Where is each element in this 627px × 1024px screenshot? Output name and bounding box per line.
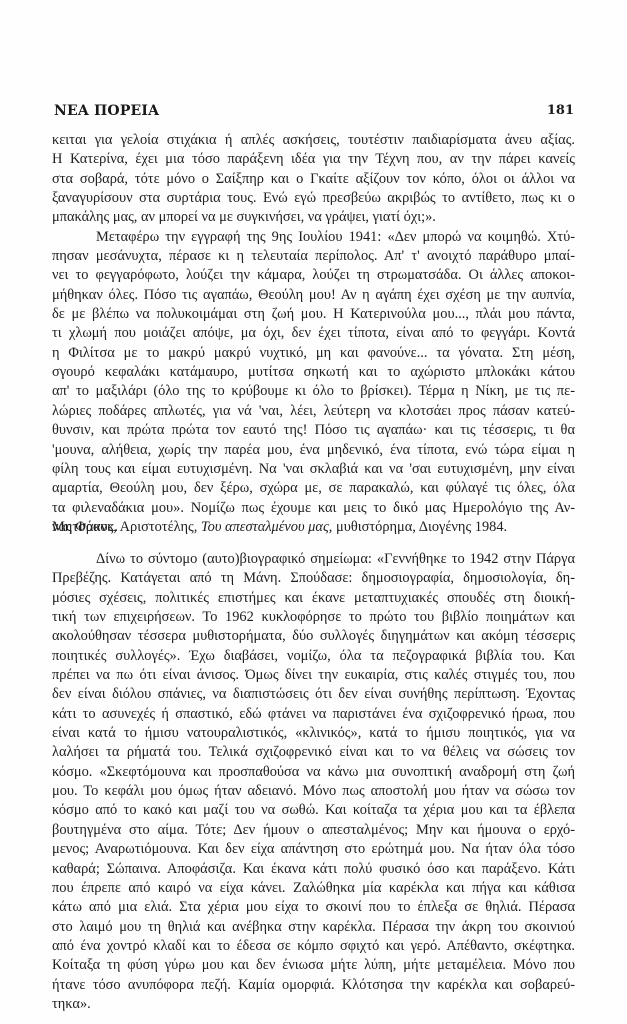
text-line: κάτι το ασυνεχές ή σπαστικό, εδώ φτάνει … (52, 705, 575, 724)
text-line: 'μουνα, αλήθεια, χωρίς την παρέα μου, έν… (52, 441, 575, 460)
text-line: βουτηγμένα στο αίμα. Τότε; Δεν ήμουν ο α… (52, 821, 575, 840)
text-line: αμαρτία, Θεούλη μου, δεν ξέρω, σχώρα με,… (52, 479, 575, 498)
text-line: σγουρό κεφαλάκι κατάμαυρο, μυτίτσα σηκωτ… (52, 363, 575, 382)
book-citation: Μητσάκος, Αριστοτέλης, Του απεσταλμένου … (52, 519, 575, 536)
text-line: Η Κατερίνα, έχει μια τόσο παράξενη ιδέα … (52, 150, 575, 169)
text-line: στο λαιμό μου τη θηλιά και ανέβηκα στην … (52, 918, 575, 937)
text-line: τική των επιχειρήσεων. Το 1962 κυκλοφόρη… (52, 608, 575, 627)
text-line: Πρεβέζης. Κατάγεται από τη Μάνη. Σπούδασ… (52, 569, 575, 588)
text-line: μενος; Αναρωτιόμουνα. Και δεν είχα απάντ… (52, 840, 575, 859)
review-1-text: κειται για γελοία στιχάκια ή απλές ασκήσ… (52, 131, 575, 537)
text-line: λώριες ποδάρες απλωτές, για νά 'ναι, λέε… (52, 402, 575, 421)
text-line: ακολούθησαν τέσσερα μυθιστορήματα, δύο σ… (52, 627, 575, 646)
journal-title: ΝΕΑ ΠΟΡΕΙΑ (54, 103, 159, 119)
text-line: Μεταφέρω την εγγραφή της 9ης Ιουλίου 194… (52, 228, 575, 247)
text-line: απ' το μαξιλάρι (όλο της το κρύβουμε κι … (52, 382, 575, 401)
text-line: πησαν μεσάνυχτα, πέρασε κι η τελευταία π… (52, 247, 575, 266)
text-line: τα φιλεναδάκια μου». Νομίζω πως έχουμε κ… (52, 499, 575, 518)
text-line: μόσιες σχέσεις, πολιτικές επιστήμες και … (52, 589, 575, 608)
book-page: ΝΕΑ ΠΟΡΕΙΑ 181 κειται για γελοία στιχάκι… (0, 0, 627, 1024)
running-head: ΝΕΑ ΠΟΡΕΙΑ 181 (54, 103, 574, 123)
text-line: ήτανε τόσο ανυπόφορα πεζή. Καμία ομορφιά… (52, 976, 575, 995)
text-line: κειται για γελοία στιχάκια ή απλές ασκήσ… (52, 131, 575, 150)
text-line: ποιητικές συλλογές». Έχω διαβάσει, νομίζ… (52, 647, 575, 666)
text-line: τι χλωμή που μοιάζει απόψε, μα όχι, δεν … (52, 324, 575, 343)
text-line: μου. Το κεφάλι μου όμως ήταν αδειανό. Μό… (52, 782, 575, 801)
text-line: δε με βλέπω να πολυκοιμάμαι στη ζωή μου.… (52, 305, 575, 324)
text-line: από ένα χοντρό κλαδί και το έδεσα σε κόμ… (52, 937, 575, 956)
text-line: θυνσιν, και πρώτα πρώτα τον εαυτό της! Π… (52, 421, 575, 440)
text-line: νει το φεγγαρόφωτο, λούζει την κάμαρα, λ… (52, 266, 575, 285)
text-line: τηκα». (52, 995, 575, 1014)
text-line: Δίνω το σύντομο (αυτο)βιογραφικό σημείωμ… (52, 550, 575, 569)
text-line: δεν είναι διόλου σπάνιες, να διαπιστώσει… (52, 685, 575, 704)
citation-author: Μητσάκος, Αριστοτέλης, (52, 519, 197, 535)
text-line: μήθηκαν όλες. Πόσο τις αγαπάω, Θεούλη μο… (52, 286, 575, 305)
text-line: κόσμο. «Σκεφτόμουνα και προσπαθούσα να κ… (52, 763, 575, 782)
text-line: είναι κατά το ήμισυ νατουραλιστικός, «κλ… (52, 724, 575, 743)
text-line: η Φιλίτσα με το μακρύ μακρύ νυχτικό, μη … (52, 344, 575, 363)
text-line: φίλη τους και είμαι ευτυχισμένη. Να 'ναι… (52, 460, 575, 479)
text-line: καθαρά; Σώπαινα. Αποφάσιζα. Και έκανα κά… (52, 860, 575, 879)
text-line: στα σοβαρά, τότε μόνο ο Σαίξπηρ και ο Γκ… (52, 170, 575, 189)
citation-title: Του απεσταλμένου μας, (201, 519, 332, 535)
text-line: Κοίταξα τη φύση γύρω μου και δεν ένιωσα … (52, 956, 575, 975)
text-line: λαλήσει τα ρήματά του. Τελικά σχιζοφρενι… (52, 743, 575, 762)
text-line: ξαναγυρίσουν στα συρτάρια τους. Ενώ εγώ … (52, 189, 575, 208)
text-line: κάτω από μια ελιά. Στα χέρια μου είχα το… (52, 898, 575, 917)
text-line: που έπρεπε από καιρό να είχα κάνει. Ζαλώ… (52, 879, 575, 898)
review-2-text: Δίνω το σύντομο (αυτο)βιογραφικό σημείωμ… (52, 550, 575, 1014)
text-line: πρέπει να πω ότι είναι άνισος. Όμως δίνε… (52, 666, 575, 685)
citation-details: μυθιστόρημα, Διογένης 1984. (336, 519, 507, 535)
text-line: κόσμο από το κακό και μαζί του να σωθώ. … (52, 801, 575, 820)
page-number: 181 (547, 103, 574, 118)
text-line: μπακάλης μας, αν μπορεί να με συγκινήσει… (52, 208, 575, 227)
